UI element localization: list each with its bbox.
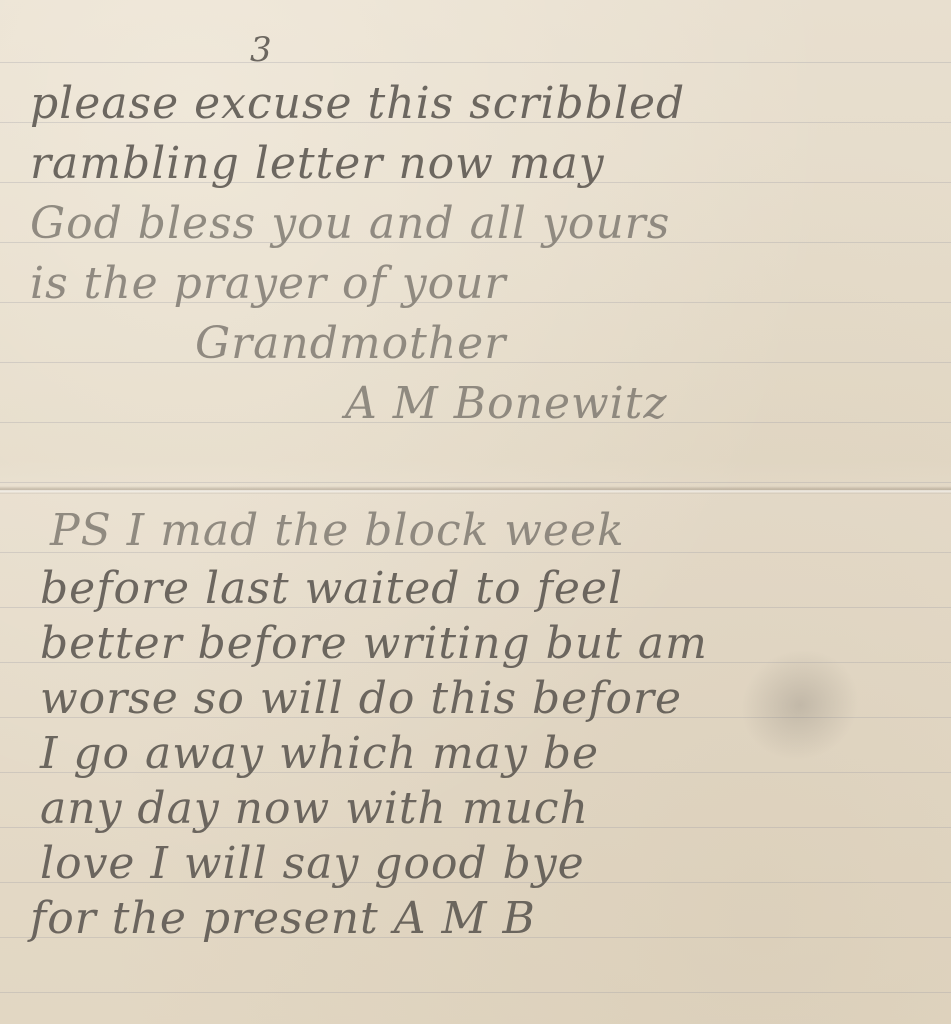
letter-line-3: God bless you and all yours — [30, 198, 670, 249]
letter-line-2: rambling letter now may — [30, 138, 605, 189]
postscript-line-2: before last waited to feel — [40, 563, 623, 614]
ruled-line — [0, 482, 951, 483]
page-number: 3 — [250, 30, 273, 70]
signature: A M Bonewitz — [345, 378, 668, 429]
fingerprint-smudge — [722, 630, 877, 780]
postscript-line-5: I go away which may be — [40, 728, 599, 779]
postscript-line-6: any day now with much — [40, 783, 589, 834]
ruled-line — [0, 992, 951, 993]
postscript-line-1: PS I mad the block week — [50, 505, 625, 556]
letter-page: 3 please excuse this scribbled rambling … — [0, 0, 951, 1024]
letter-line-4: is the prayer of your — [30, 258, 507, 309]
letter-line-1: please excuse this scribbled — [30, 78, 685, 129]
postscript-line-8: for the present A M B — [30, 893, 536, 944]
paper-fold-crease — [0, 486, 951, 494]
postscript-line-7: love I will say good bye — [40, 838, 585, 889]
closing-grandmother: Grandmother — [195, 318, 506, 369]
ruled-line — [0, 62, 951, 63]
postscript-line-4: worse so will do this before — [40, 673, 682, 724]
postscript-line-3: better before writing but am — [40, 618, 708, 669]
